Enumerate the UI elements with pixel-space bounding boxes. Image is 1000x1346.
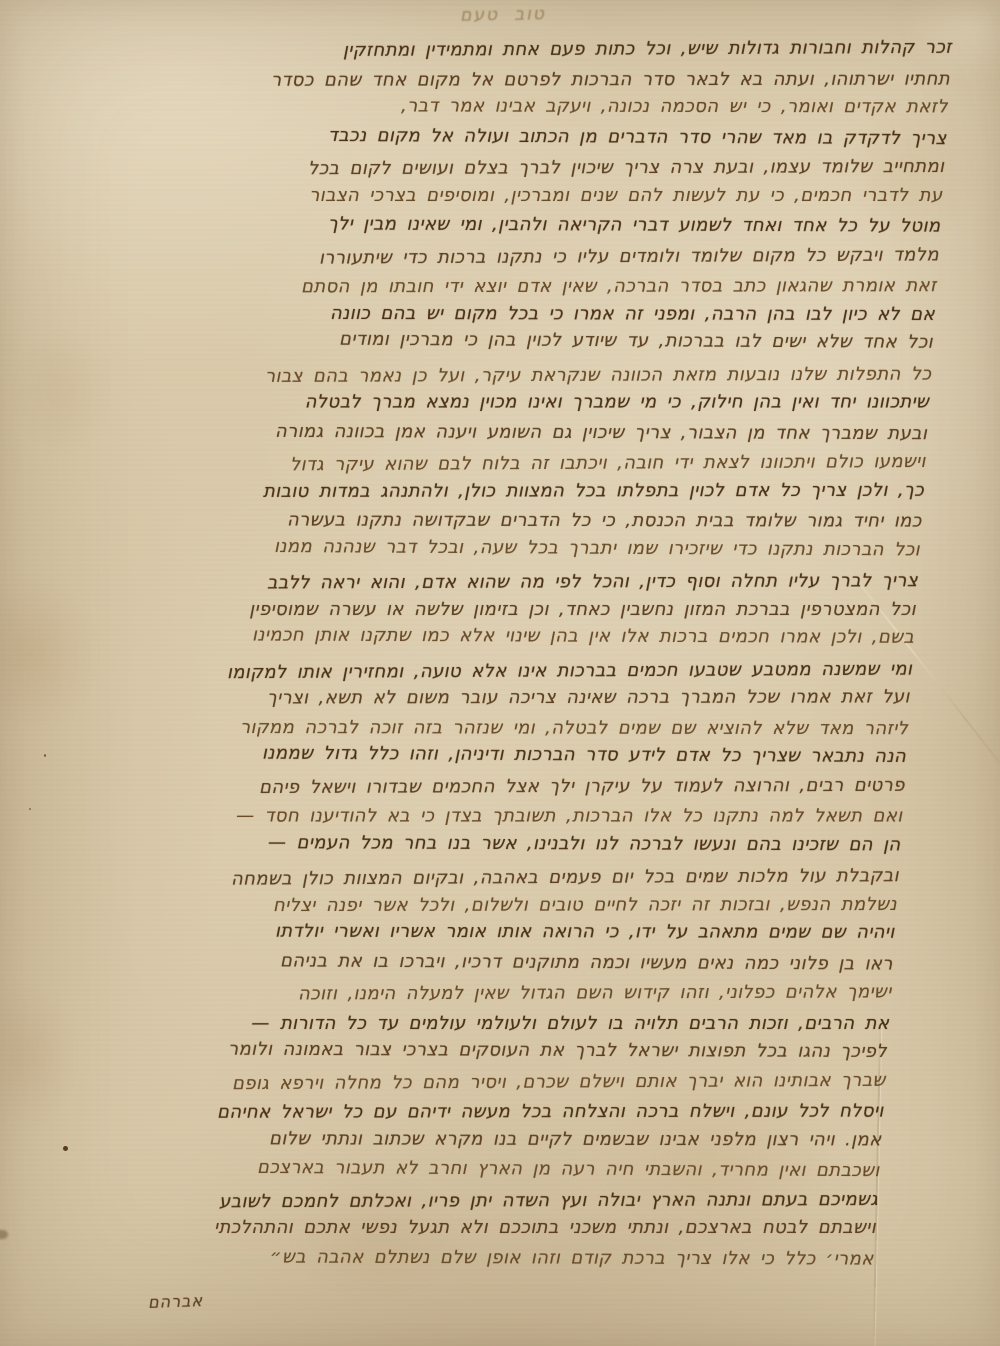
manuscript-line: וכל אחד שלא ישים לבו בברכות, עד שיודע לכ… [339,327,933,356]
manuscript-line: ועל זאת אמרו שכל המברך ברכה שאינה צריכה … [267,684,910,711]
manuscript-line: גשמיכם בעתם ונתנה הארץ יבולה ועץ השדה ית… [219,1187,878,1215]
manuscript-line: פרטים רבים, והרוצה לעמוד על עיקרן ילך אצ… [259,772,905,800]
manuscript-line: בשם, ולכן אמרו חכמים ברכות אלו אין בהן ש… [252,622,914,650]
signature: אברהם [148,1291,204,1312]
manuscript-line: ויהיה שם שמים מתאהב על ידו, כי הרואה אות… [275,919,895,946]
manuscript-line: צריך לדקדק בו מאד שהרי סדר הדברים מן הכת… [328,122,947,151]
manuscript-line: וישבתם לבטח בארצכם, ונתתי משכני בתוככם ו… [214,1215,876,1241]
manuscript-line: אמן. ויהי רצון מלפני אבינו שבשמים לקיים … [269,1126,882,1153]
manuscript-line: תחתיו ישרתוהו, ועתה בא לבאר סדר הברכות ל… [271,66,950,93]
manuscript-line: את הרבים, וזכות הרבים תלויה בו לעולם ולע… [251,1011,889,1037]
manuscript-line: ושכבתם ואין מחריד, והשבתי חיה רעה מן האר… [257,1155,880,1184]
manuscript-line: ישימך אלהים כפלוני, וזהו קידוש השם הגדול… [298,979,892,1007]
manuscript-line: זאת אומרת שהגאון כתב בסדר הברכה, שאין אד… [301,273,937,300]
manuscript-line: כל התפלות שלנו נובעות מזאת הכוונה שנקראת… [265,361,931,389]
manuscript-line: ראו בן פלוני כמה נאים מעשיו וכמה מתוקנים… [280,948,893,977]
manuscript-line: אם לא כיון לבו בהן הרבה, ומפני זה אמרו כ… [330,300,935,327]
manuscript-line: נשלמת הנפש, ובזכות זה יזכה לחיים טובים ו… [273,892,897,919]
manuscript-line: ליזהר מאד שלא להוציא שם שמים לבטלה, ומי … [240,715,908,742]
manuscript-line: ומי שמשנה ממטבע שטבעו חכמים בברכות אינו … [227,656,912,686]
manuscript-line: אמרי׳ כלל כי אלו צריך ברכת קודם וזהו אופ… [270,1244,874,1272]
manuscript-line: וכל הברכות נתקנו כדי שיזכירו שמו יתברך ב… [274,534,920,563]
manuscript-line: כמו יחיד גמור שלומד בבית הכנסת, כי כל הד… [287,507,922,534]
manuscript-line: שברך אבותינו הוא יברך אותם וישלם שכרם, ו… [232,1067,886,1096]
manuscript-line: זכר קהלות וחבורות גדולות שיש, וכל כתות פ… [343,35,952,64]
manuscript-photo: טוב טעם זכר קהלות וחבורות גדולות שיש, וכ… [0,0,1000,1346]
manuscript-text: זכר קהלות וחבורות גדולות שיש, וכל כתות פ… [0,0,1000,1346]
manuscript-line: עת לדברי חכמים, כי עת לעשות להם שנים ומב… [309,182,942,208]
manuscript-line: וכל המצטרפין בברכת המזון נחשבין כאחד, וכ… [249,597,916,623]
manuscript-line: לזאת אקדים ואומר, כי יש הסכמה נכונה, ויע… [401,93,948,120]
manuscript-line: צריך לברך עליו תחלה וסוף כדין, והכל לפי … [267,568,918,596]
manuscript-line: מלמד ויבקש כל מקום שלומד ולומדים עליו כי… [319,242,939,271]
manuscript-line: ויסלח לכל עונם, וישלח ברכה והצלחה בכל מע… [217,1099,884,1126]
manuscript-line: מוטל על כל אחד ואחד לשמוע דברי הקריאה ול… [328,211,941,239]
manuscript-line: הן הם שזכינו בהם ונעשו לברכה לנו ולבנינו… [268,830,901,858]
manuscript-line: לפיכך נהגו בכל תפוצות ישראל לברך את העוס… [228,1037,887,1065]
manuscript-line: כך, ולכן צריך כל אדם לכוין בתפלתו בכל המ… [262,477,923,504]
manuscript-line: ומתחייב שלומד עצמו, ובעת צרה צריך שיכוין… [308,154,945,182]
manuscript-line: וישמעו כולם ויתכוונו לצאת ידי חובה, ויכת… [289,449,925,478]
manuscript-line: ובקבלת עול מלכות שמים בכל יום פעמים באהב… [231,863,899,892]
manuscript-line: שיתכוונו יחד ואין בהן חילוק, כי מי שמברך… [305,389,929,415]
manuscript-line: ובעת שמברך אחד מן הצבור, צריך שיכוין גם … [275,418,927,446]
manuscript-line: ואם תשאל למה נתקנו כל אלו הברכות, תשובתך… [236,804,902,830]
manuscript-line: הנה נתבאר שצריך כל אדם לידע סדר הברכות ו… [262,741,906,770]
